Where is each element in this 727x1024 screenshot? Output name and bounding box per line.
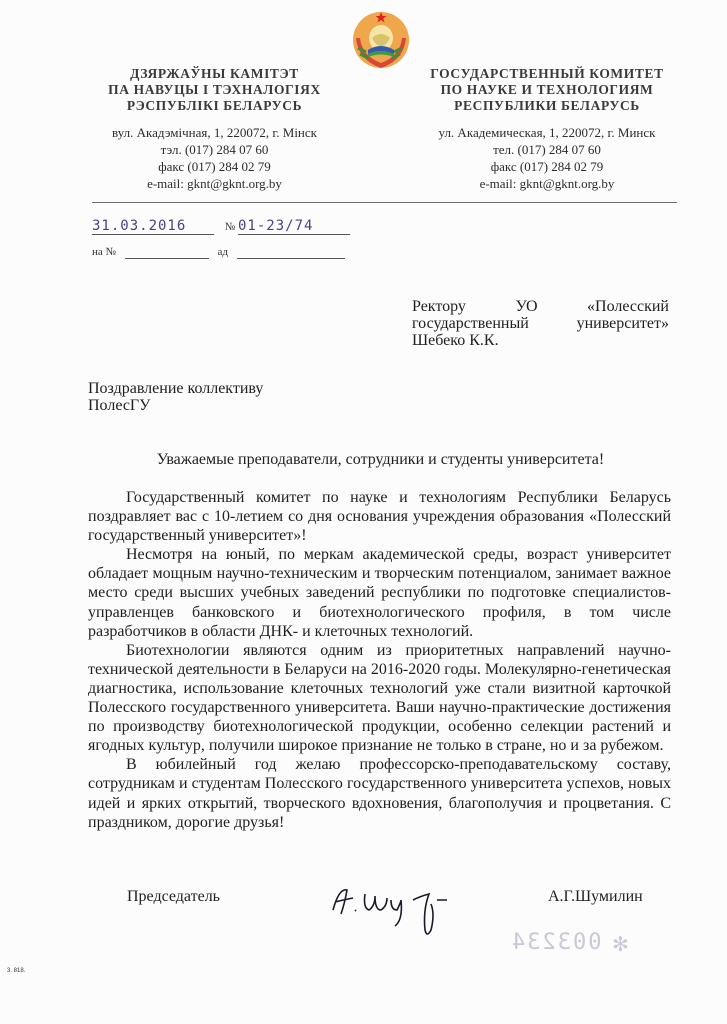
form-code: 3. 818. — [7, 968, 25, 974]
number-value: 01-23/74 — [238, 218, 313, 234]
snowflake-mark-icon: ✻ — [612, 932, 629, 957]
fax-ru: факс (017) 284 02 79 — [412, 158, 682, 175]
org-name-ru: ГОСУДАРСТВЕННЫЙ КОМИТЕТ ПО НАУКЕ И ТЕХНО… — [412, 66, 682, 114]
paragraph: Несмотря на юный, по меркам академическо… — [88, 545, 671, 640]
salutation: Уважаемые преподаватели, сотрудники и ст… — [88, 451, 673, 469]
addressee-word: «Полесский — [587, 298, 669, 315]
signatory-role: Председатель — [127, 888, 220, 906]
reply-to-label: на № — [92, 246, 116, 258]
fax-by: факс (017) 284 02 79 — [92, 158, 337, 175]
paragraph: Государственный комитет по науке и техно… — [88, 488, 671, 545]
org-name-by: ДЗЯРЖАЎНЫ КАМІТЭТ ПА НАВУЦЫ І ТЭХНАЛОГІЯ… — [92, 66, 337, 114]
addressee-line-1: Ректору УО «Полесский — [412, 298, 669, 315]
addressee-name: Шебеко К.К. — [412, 332, 669, 349]
addressee-word: УО — [515, 298, 537, 315]
address-ru: ул. Академическая, 1, 220072, г. Минск — [412, 124, 682, 141]
registration-line: 31.03.2016 № 01-23/74 — [92, 218, 350, 235]
letter-body: Государственный комитет по науке и техно… — [88, 488, 671, 832]
reply-to-field — [125, 246, 209, 259]
number-label: № — [225, 221, 236, 233]
addressee-line-2: государственный университет» — [412, 315, 669, 332]
date-field: 31.03.2016 — [92, 218, 214, 235]
from-field — [237, 246, 345, 259]
coat-of-arms-icon — [350, 8, 412, 70]
header-divider — [92, 202, 677, 203]
paragraph: Биотехнологии являются одним из приорите… — [88, 641, 671, 756]
header-belarusian: ДЗЯРЖАЎНЫ КАМІТЭТ ПА НАВУЦЫ І ТЭХНАЛОГІЯ… — [92, 66, 337, 192]
header-russian: ГОСУДАРСТВЕННЫЙ КОМИТЕТ ПО НАУКЕ И ТЕХНО… — [412, 66, 682, 192]
email-ru: e-mail: gknt@gknt.org.by — [412, 175, 682, 192]
subject-line-1: Поздравление коллективу — [88, 380, 263, 397]
email-by: e-mail: gknt@gknt.org.by — [92, 175, 337, 192]
addressee-word: Ректору — [412, 298, 466, 315]
phone-ru: тел. (017) 284 07 60 — [412, 141, 682, 158]
subject-line-2: ПолесГУ — [88, 397, 263, 414]
addressee: Ректору УО «Полесский государственный ун… — [412, 298, 669, 349]
reply-line: на № ад — [92, 246, 345, 259]
addressee-word: государственный — [412, 315, 529, 332]
addressee-word: университет» — [577, 315, 669, 332]
contacts-by: вул. Акадэмічная, 1, 220072, г. Мінск тэ… — [92, 124, 337, 192]
serial-number: 003234 — [510, 930, 601, 955]
contacts-ru: ул. Академическая, 1, 220072, г. Минск т… — [412, 124, 682, 192]
number-field: 01-23/74 — [238, 218, 350, 235]
letter-page: ДЗЯРЖАЎНЫ КАМІТЭТ ПА НАВУЦЫ І ТЭХНАЛОГІЯ… — [0, 0, 727, 1024]
subject: Поздравление коллективу ПолесГУ — [88, 380, 263, 414]
address-by: вул. Акадэмічная, 1, 220072, г. Мінск — [92, 124, 337, 141]
from-label: ад — [218, 246, 228, 258]
handwritten-signature-icon — [325, 880, 470, 940]
phone-by: тэл. (017) 284 07 60 — [92, 141, 337, 158]
signatory-name: А.Г.Шумилин — [548, 888, 643, 906]
date-value: 31.03.2016 — [92, 218, 186, 234]
paragraph: В юбилейный год желаю профессорско-препо… — [88, 755, 671, 831]
